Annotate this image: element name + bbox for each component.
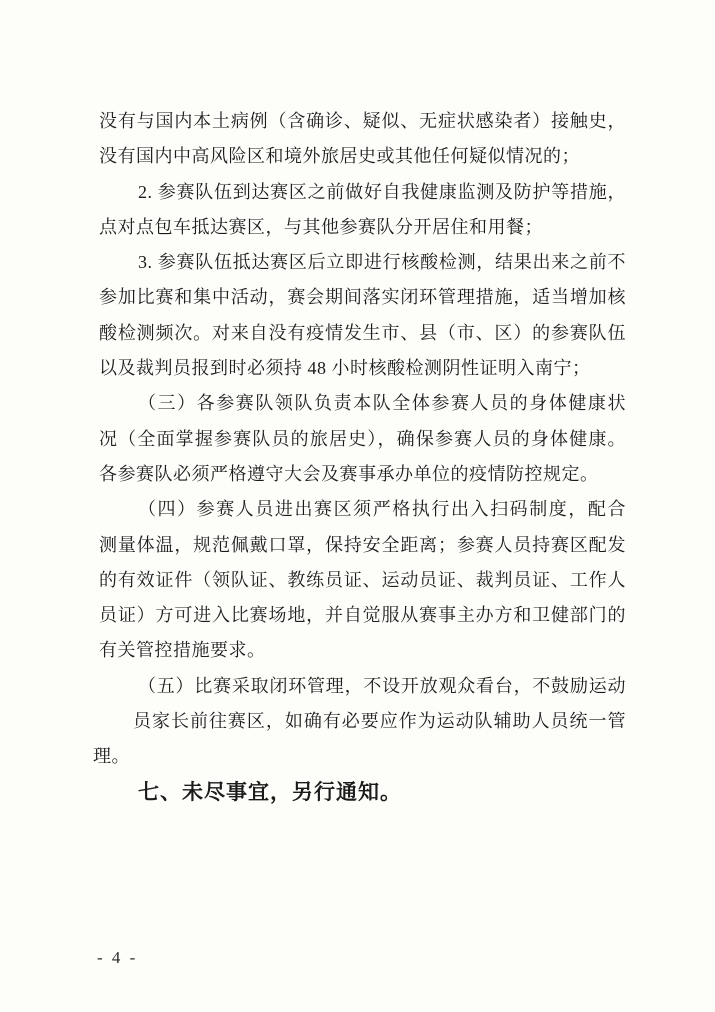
text-line: 况（全面掌握参赛队员的旅居史），确保参赛人员的身体健康。 [99,422,626,457]
text-line: 的有效证件（领队证、教练员证、运动员证、裁判员证、工作人 [99,563,626,598]
text-line: （五）比赛采取闭环管理，不设开放观众看台，不鼓励运动 [99,669,626,704]
text-line: （三）各参赛队领队负责本队全体参赛人员的身体健康状 [99,386,626,421]
text-line: 点对点包车抵达赛区，与其他参赛队分开居住和用餐； [99,210,626,245]
text-line: 没有国内中高风险区和境外旅居史或其他任何疑似情况的； [99,139,626,174]
text-line: 参加比赛和集中活动，赛会期间落实闭环管理措施，适当增加核 [99,280,626,315]
document-page: 没有与国内本土病例（含确诊、疑似、无症状感染者）接触史， 没有国内中高风险区和境… [0,0,715,1012]
text-line: 各参赛队必须严格遵守大会及赛事承办单位的疫情防控规定。 [99,457,626,492]
text-line: 没有与国内本土病例（含确诊、疑似、无症状感染者）接触史， [99,104,626,139]
text-line: 酸检测频次。对来自没有疫情发生市、县（市、区）的参赛队伍 [99,316,626,351]
text-line: 3. 参赛队伍抵达赛区后立即进行核酸检测，结果出来之前不 [99,245,626,280]
text-line: 测量体温，规范佩戴口罩，保持安全距离；参赛人员持赛区配发 [99,528,626,563]
text-line: 员证）方可进入比赛场地，并自觉服从赛事主办方和卫健部门的 [99,598,626,633]
text-line: 2. 参赛队伍到达赛区之前做好自我健康监测及防护等措施， [99,175,626,210]
section-heading: 七、未尽事宜，另行通知。 [99,775,626,810]
text-line: （四）参赛人员进出赛区须严格执行出入扫码制度，配合 [99,492,626,527]
text-line: 有关管控措施要求。 [99,633,626,668]
text-line: 理。 [93,739,626,774]
document-body: 没有与国内本土病例（含确诊、疑似、无症状感染者）接触史， 没有国内中高风险区和境… [99,104,626,810]
page-number: - 4 - [97,948,138,968]
text-line: 以及裁判员报到时必须持 48 小时核酸检测阴性证明入南宁； [99,351,626,386]
text-line: 员家长前往赛区，如确有必要应作为运动队辅助人员统一管 [99,704,626,739]
